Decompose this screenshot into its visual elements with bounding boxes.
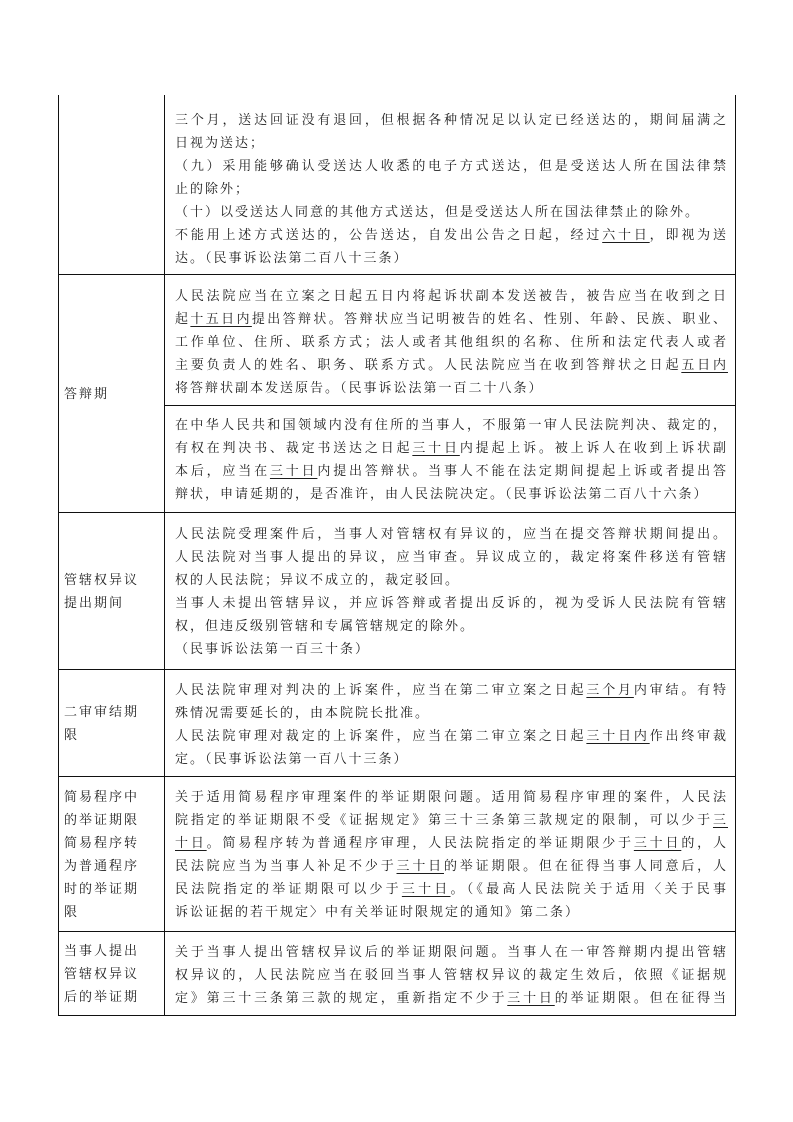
underlined-deadline: 三 xyxy=(713,812,728,827)
text-line: 三个月，送达回证没有退回，但根据各种情况足以认定已经送达的，期间届满之 xyxy=(175,108,728,131)
text-segment: 提出答辩状。答辩状应当记明被告的姓名、性别、年龄、民族、职业、 xyxy=(252,311,728,326)
row-content-cell: 关于适用简易程序审理案件的举证期限问题。适用简易程序审理的案件，人民法院指定的举… xyxy=(165,777,735,923)
row-label-line: 后的举证期 xyxy=(64,985,164,1008)
text-line: 院指定的举证期限不受《证据规定》第三十三条第三款规定的限制，可以少于三 xyxy=(175,808,728,831)
text-segment: 在中华人民共和国领域内没有住所的当事人，不服第一审人民法院判决、裁定的， xyxy=(175,417,728,432)
row-label-line: 当事人提出 xyxy=(64,939,164,962)
table-row-service-continued: 三个月，送达回证没有退回，但根据各种情况足以认定已经送达的，期间届满之日视为送达… xyxy=(59,95,735,275)
text-line: 人民法院审理对裁定的上诉案件，应当在第二审立案之日起三十日内作出终审裁 xyxy=(175,724,728,747)
underlined-deadline: 三十日 xyxy=(397,858,444,873)
text-segment: 日视为送达； xyxy=(175,135,265,150)
row-content-column: 人民法院应当在立案之日起五日内将起诉状副本发送被告，被告应当在收到之日起十五日内… xyxy=(165,275,735,512)
text-line: 有权在判决书、裁定书送达之日起三十日内提起上诉。被上诉人在收到上诉状副 xyxy=(175,436,728,459)
row-label-cell: 当事人提出管辖权异议后的举证期 xyxy=(59,932,165,1015)
text-segment: 定。（民事诉讼法第一百八十三条） xyxy=(175,751,409,766)
table-row-summary-procedure-evidence: 简易程序中的举证期限简易程序转为普通程序时的举证期限 关于适用简易程序审理案件的… xyxy=(59,777,735,932)
row-content-cell: 关于当事人提出管辖权异议后的举证期限问题。当事人在一审答辩期内提出管辖权异议的，… xyxy=(165,932,735,1009)
text-segment: 三个月，送达回证没有退回，但根据各种情况足以认定已经送达的，期间届满之 xyxy=(175,112,728,127)
table-row-jurisdiction-objection: 管辖权异议提出期间 人民法院受理案件后，当事人对管辖权有异议的，应当在提交答辩状… xyxy=(59,513,735,670)
text-line: 民法院应当为当事人补足不少于三十日的举证期限。但在征得当事人同意后，人 xyxy=(175,854,728,877)
text-line: 本后，应当在三十日内提出答辩状。当事人不能在法定期间提起上诉或者提出答 xyxy=(175,459,728,482)
row-label-line: 为普通程序 xyxy=(64,854,164,877)
text-segment: 。简易程序转为普通程序审理，人民法院指定的举证期限少于 xyxy=(207,835,634,850)
row-label-line: 管辖权异议 xyxy=(64,568,164,591)
row-content-column: 三个月，送达回证没有退回，但根据各种情况足以认定已经送达的，期间届满之日视为送达… xyxy=(165,95,735,274)
row-content-column: 人民法院受理案件后，当事人对管辖权有异议的，应当在提交答辩状期间提出。人民法院对… xyxy=(165,513,735,669)
text-segment: 院指定的举证期限不受《证据规定》第三十三条第三款规定的限制，可以少于 xyxy=(175,812,713,827)
text-line: （十）以受送达人同意的其他方式送达，但是受送达人所在国法律禁止的除外。 xyxy=(175,200,728,223)
row-label-line: 管辖权异议 xyxy=(64,962,164,985)
text-segment: 主要负责人的姓名、职务、联系方式。人民法院应当在收到答辩状之日起 xyxy=(175,357,681,372)
text-line: 诉讼证据的若干规定〉中有关举证时限规定的通知》第二条） xyxy=(175,900,728,923)
row-label-cell: 答辩期 xyxy=(59,275,165,512)
row-content-cell: 人民法院受理案件后，当事人对管辖权有异议的，应当在提交答辩状期间提出。人民法院对… xyxy=(165,513,735,660)
row-label-line: 二审审结期 xyxy=(64,700,164,723)
text-line: 在中华人民共和国领域内没有住所的当事人，不服第一审人民法院判决、裁定的， xyxy=(175,413,728,436)
row-content-cell: 在中华人民共和国领域内没有住所的当事人，不服第一审人民法院判决、裁定的，有权在判… xyxy=(165,406,735,512)
text-segment: 的举证期限。但在征得当 xyxy=(555,990,728,1005)
text-segment: （九）采用能够确认受送达人收悉的电子方式送达，但是受送达人所在国法律禁 xyxy=(175,158,728,173)
text-line: 不能用上述方式送达的，公告送达，自发出公告之日起，经过六十日，即视为送 xyxy=(175,223,728,246)
text-line: 当事人未提出管辖异议，并应诉答辩或者提出反诉的，视为受诉人民法院有管辖 xyxy=(175,591,728,614)
paragraph: 人民法院审理对裁定的上诉案件，应当在第二审立案之日起三十日内作出终审裁定。（民事… xyxy=(175,724,728,770)
text-segment: 当事人未提出管辖异议，并应诉答辩或者提出反诉的，视为受诉人民法院有管辖 xyxy=(175,595,728,610)
text-line: 十日。简易程序转为普通程序审理，人民法院指定的举证期限少于三十日的，人 xyxy=(175,831,728,854)
text-segment: 止的除外； xyxy=(175,181,250,196)
text-line: 关于适用简易程序审理案件的举证期限问题。适用简易程序审理的案件，人民法 xyxy=(175,785,728,808)
text-line: 权异议的，人民法院应当在驳回当事人管辖权异议的裁定生效后，依照《证据规 xyxy=(175,963,728,986)
text-line: 权的人民法院；异议不成立的，裁定驳回。 xyxy=(175,568,728,591)
text-segment: 殊情况需要延长的，由本院院长批准。 xyxy=(175,705,430,720)
row-label-line: 提出期间 xyxy=(64,591,164,614)
text-segment: 的，人 xyxy=(681,835,728,850)
underlined-deadline: 十五日内 xyxy=(190,311,251,326)
text-segment: 本后，应当在 xyxy=(175,463,270,478)
row-content-cell: 人民法院审理对判决的上诉案件，应当在第二审立案之日起三个月内审结。有特殊情况需要… xyxy=(165,670,735,770)
text-segment: 。（《最高人民法院关于适用〈关于民事 xyxy=(451,881,728,896)
text-segment: 关于适用简易程序审理案件的举证期限问题。适用简易程序审理的案件，人民法 xyxy=(175,789,728,804)
row-label-cell xyxy=(59,95,165,274)
text-segment: 内审结。有特 xyxy=(634,682,728,697)
text-segment: 内提起上诉。被上诉人在收到上诉状副 xyxy=(460,440,728,455)
text-segment: 人民法院审理对裁定的上诉案件，应当在第二审立案之日起 xyxy=(175,728,586,743)
text-line: 定。（民事诉讼法第一百八十三条） xyxy=(175,747,728,770)
text-segment: （十）以受送达人同意的其他方式送达，但是受送达人所在国法律禁止的除外。 xyxy=(175,204,700,219)
row-label-line: 的举证期限 xyxy=(64,808,164,831)
row-content-column: 关于适用简易程序审理案件的举证期限问题。适用简易程序审理的案件，人民法院指定的举… xyxy=(165,777,735,931)
underlined-deadline: 三十日 xyxy=(270,463,317,478)
text-segment: 人民法院对当事人提出的异议，应当审查。异议成立的，裁定将案件移送有管辖 xyxy=(175,549,728,564)
paragraph: （十）以受送达人同意的其他方式送达，但是受送达人所在国法律禁止的除外。 xyxy=(175,200,728,223)
row-content-cell: 三个月，送达回证没有退回，但根据各种情况足以认定已经送达的，期间届满之日视为送达… xyxy=(165,95,735,269)
paragraph: 人民法院应当在立案之日起五日内将起诉状副本发送被告，被告应当在收到之日起十五日内… xyxy=(175,284,728,399)
text-line: 人民法院对当事人提出的异议，应当审查。异议成立的，裁定将案件移送有管辖 xyxy=(175,545,728,568)
text-segment: 权异议的，人民法院应当在驳回当事人管辖权异议的裁定生效后，依照《证据规 xyxy=(175,967,728,982)
paragraph: （民事诉讼法第一百三十条） xyxy=(175,637,728,660)
text-segment: 工作单位、住所、联系方式；法人或者其他组织的名称、住所和法定代表人或者 xyxy=(175,334,728,349)
text-segment: 内提出答辩状。当事人不能在法定期间提起上诉或者提出答 xyxy=(317,463,728,478)
underlined-deadline: 十日 xyxy=(175,835,207,850)
text-segment: 诉讼证据的若干规定〉中有关举证时限规定的通知》第二条） xyxy=(175,904,580,919)
text-line: 止的除外； xyxy=(175,177,728,200)
paragraph: 三个月，送达回证没有退回，但根据各种情况足以认定已经送达的，期间届满之日视为送达… xyxy=(175,108,728,154)
text-line: 定》第三十三条第三款的规定，重新指定不少于三十日的举证期限。但在征得当 xyxy=(175,986,728,1009)
paragraph: 关于适用简易程序审理案件的举证期限问题。适用简易程序审理的案件，人民法院指定的举… xyxy=(175,785,728,923)
row-label-cell: 简易程序中的举证期限简易程序转为普通程序时的举证期限 xyxy=(59,777,165,931)
text-segment: 有权在判决书、裁定书送达之日起 xyxy=(175,440,412,455)
text-line: 权，但违反级别管辖和专属管辖规定的除外。 xyxy=(175,614,728,637)
text-line: 关于当事人提出管辖权异议后的举证期限问题。当事人在一审答辩期内提出管辖 xyxy=(175,940,728,963)
text-line: （民事诉讼法第一百三十条） xyxy=(175,637,728,660)
underlined-deadline: 三十日内 xyxy=(586,728,649,743)
row-content-cell: 人民法院应当在立案之日起五日内将起诉状副本发送被告，被告应当在收到之日起十五日内… xyxy=(165,275,735,406)
row-content-column: 关于当事人提出管辖权异议后的举证期限问题。当事人在一审答辩期内提出管辖权异议的，… xyxy=(165,932,735,1015)
deadline-table: 三个月，送达回证没有退回，但根据各种情况足以认定已经送达的，期间届满之日视为送达… xyxy=(58,95,736,1016)
paragraph: 在中华人民共和国领域内没有住所的当事人，不服第一审人民法院判决、裁定的，有权在判… xyxy=(175,413,728,505)
underlined-deadline: 五日内 xyxy=(681,357,728,372)
underlined-deadline: 三十日 xyxy=(507,990,554,1005)
text-line: 工作单位、住所、联系方式；法人或者其他组织的名称、住所和法定代表人或者 xyxy=(175,330,728,353)
row-content-column: 人民法院审理对判决的上诉案件，应当在第二审立案之日起三个月内审结。有特殊情况需要… xyxy=(165,670,735,776)
row-label-line: 简易程序中 xyxy=(64,785,164,808)
text-segment: 权的人民法院；异议不成立的，裁定驳回。 xyxy=(175,572,460,587)
text-segment: 民法院应当为当事人补足不少于 xyxy=(175,858,397,873)
underlined-deadline: 三十日 xyxy=(412,440,459,455)
paragraph: 人民法院审理对判决的上诉案件，应当在第二审立案之日起三个月内审结。有特殊情况需要… xyxy=(175,678,728,724)
text-segment: 达。（民事诉讼法第二百八十三条） xyxy=(175,250,409,265)
text-segment: 人民法院应当在立案之日起五日内将起诉状副本发送被告，被告应当在收到之日 xyxy=(175,288,728,303)
row-label-line: 答辩期 xyxy=(64,382,164,405)
text-segment: 的举证期限。但在征得当事人同意后，人 xyxy=(444,858,728,873)
text-segment: 将答辩状副本发送原告。（民事诉讼法第一百二十八条） xyxy=(175,380,544,395)
underlined-deadline: 三个月 xyxy=(586,682,633,697)
table-row-defense-period: 答辩期 人民法院应当在立案之日起五日内将起诉状副本发送被告，被告应当在收到之日起… xyxy=(59,275,735,513)
table-row-post-objection-evidence: 当事人提出管辖权异议后的举证期 关于当事人提出管辖权异议后的举证期限问题。当事人… xyxy=(59,932,735,1016)
text-line: 辩状，申请延期的，是否准许，由人民法院决定。（民事诉讼法第二百八十六条） xyxy=(175,482,728,505)
text-line: 人民法院应当在立案之日起五日内将起诉状副本发送被告，被告应当在收到之日 xyxy=(175,284,728,307)
row-label-cell: 管辖权异议提出期间 xyxy=(59,513,165,669)
paragraph: 不能用上述方式送达的，公告送达，自发出公告之日起，经过六十日，即视为送达。（民事… xyxy=(175,223,728,269)
text-segment: （民事诉讼法第一百三十条） xyxy=(175,641,370,656)
text-line: 起十五日内提出答辩状。答辩状应当记明被告的姓名、性别、年龄、民族、职业、 xyxy=(175,307,728,330)
paragraph: 人民法院受理案件后，当事人对管辖权有异议的，应当在提交答辩状期间提出。人民法院对… xyxy=(175,522,728,591)
text-segment: 定》第三十三条第三款的规定，重新指定不少于 xyxy=(175,990,507,1005)
text-line: 达。（民事诉讼法第二百八十三条） xyxy=(175,246,728,269)
text-segment: 权，但违反级别管辖和专属管辖规定的除外。 xyxy=(175,618,475,633)
text-line: 主要负责人的姓名、职务、联系方式。人民法院应当在收到答辩状之日起五日内 xyxy=(175,353,728,376)
text-segment: 关于当事人提出管辖权异议后的举证期限问题。当事人在一审答辩期内提出管辖 xyxy=(175,944,728,959)
row-label-line: 时的举证期 xyxy=(64,877,164,900)
text-segment: 民法院指定的举证期限可以少于 xyxy=(175,881,402,896)
underlined-deadline: 六十日 xyxy=(602,227,649,242)
text-line: 将答辩状副本发送原告。（民事诉讼法第一百二十八条） xyxy=(175,376,728,399)
text-segment: 辩状，申请延期的，是否准许，由人民法院决定。（民事诉讼法第二百八十六条） xyxy=(175,486,709,501)
text-line: 人民法院受理案件后，当事人对管辖权有异议的，应当在提交答辩状期间提出。 xyxy=(175,522,728,545)
text-line: 殊情况需要延长的，由本院院长批准。 xyxy=(175,701,728,724)
text-line: （九）采用能够确认受送达人收悉的电子方式送达，但是受送达人所在国法律禁 xyxy=(175,154,728,177)
text-segment: 作出终审裁 xyxy=(650,728,728,743)
row-label-line: 简易程序转 xyxy=(64,831,164,854)
paragraph: 关于当事人提出管辖权异议后的举证期限问题。当事人在一审答辩期内提出管辖权异议的，… xyxy=(175,940,728,1009)
paragraph: （九）采用能够确认受送达人收悉的电子方式送达，但是受送达人所在国法律禁止的除外； xyxy=(175,154,728,200)
row-label-line: 限 xyxy=(64,900,164,923)
text-line: 人民法院审理对判决的上诉案件，应当在第二审立案之日起三个月内审结。有特 xyxy=(175,678,728,701)
row-label-cell: 二审审结期限 xyxy=(59,670,165,776)
text-segment: ，即视为送 xyxy=(650,227,728,242)
document-page: 三个月，送达回证没有退回，但根据各种情况足以认定已经送达的，期间届满之日视为送达… xyxy=(0,0,793,1122)
text-segment: 起 xyxy=(175,311,190,326)
text-segment: 不能用上述方式送达的，公告送达，自发出公告之日起，经过 xyxy=(175,227,602,242)
text-segment: 人民法院受理案件后，当事人对管辖权有异议的，应当在提交答辩状期间提出。 xyxy=(175,526,728,541)
table-row-second-instance-term: 二审审结期限 人民法院审理对判决的上诉案件，应当在第二审立案之日起三个月内审结。… xyxy=(59,670,735,777)
text-segment: 人民法院审理对判决的上诉案件，应当在第二审立案之日起 xyxy=(175,682,586,697)
underlined-deadline: 三十日 xyxy=(634,835,681,850)
underlined-deadline: 三十日 xyxy=(402,881,451,896)
text-line: 日视为送达； xyxy=(175,131,728,154)
paragraph: 当事人未提出管辖异议，并应诉答辩或者提出反诉的，视为受诉人民法院有管辖权，但违反… xyxy=(175,591,728,637)
row-label-line: 限 xyxy=(64,723,164,746)
text-line: 民法院指定的举证期限可以少于三十日。（《最高人民法院关于适用〈关于民事 xyxy=(175,877,728,900)
